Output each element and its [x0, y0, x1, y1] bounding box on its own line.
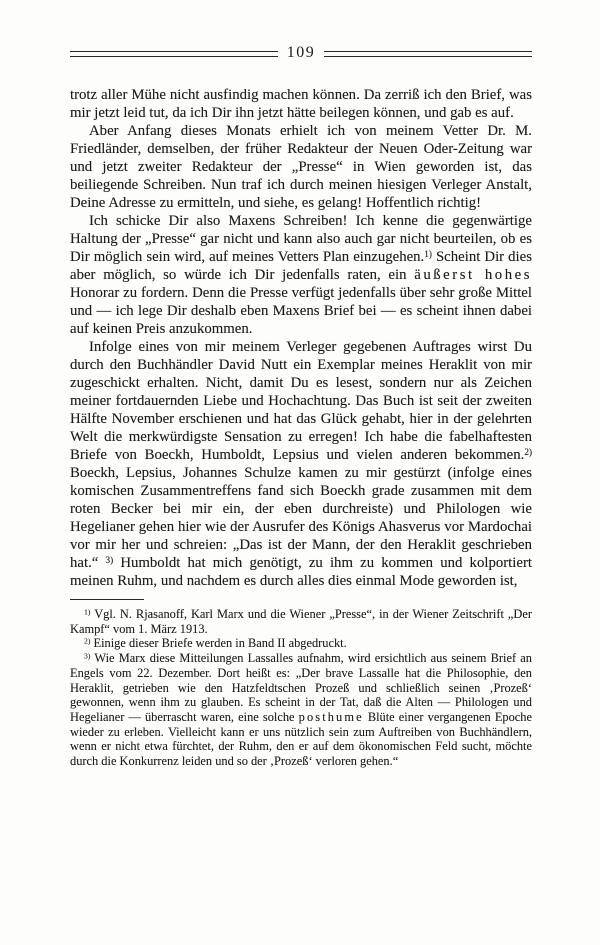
paragraph: Infolge eines von mir meinem Verleger ge… — [70, 338, 532, 590]
paragraph: trotz aller Mühe nicht ausfindig machen … — [70, 86, 532, 122]
footnotes: 1) Vgl. N. Rjasanoff, Karl Marx und die … — [70, 607, 532, 769]
page-content: 109 trotz aller Mühe nicht ausfindig mac… — [70, 46, 532, 769]
double-rule-right — [324, 51, 532, 57]
body-text: trotz aller Mühe nicht ausfindig machen … — [70, 86, 532, 590]
book-page: 109 trotz aller Mühe nicht ausfindig mac… — [0, 0, 600, 945]
footnote: 1) Vgl. N. Rjasanoff, Karl Marx und die … — [70, 607, 532, 636]
paragraph: Ich schicke Dir also Maxens Schreiben! I… — [70, 212, 532, 338]
footnote: 2) Einige dieser Briefe werden in Band I… — [70, 636, 532, 651]
footnote: 3) Wie Marx diese Mitteilungen Lassalles… — [70, 651, 532, 769]
footnote-separator-rule — [70, 599, 144, 600]
double-rule-left — [70, 51, 278, 57]
paragraph: Aber Anfang dieses Monats erhielt ich vo… — [70, 122, 532, 212]
page-number: 109 — [287, 45, 316, 61]
page-header: 109 — [70, 46, 532, 62]
